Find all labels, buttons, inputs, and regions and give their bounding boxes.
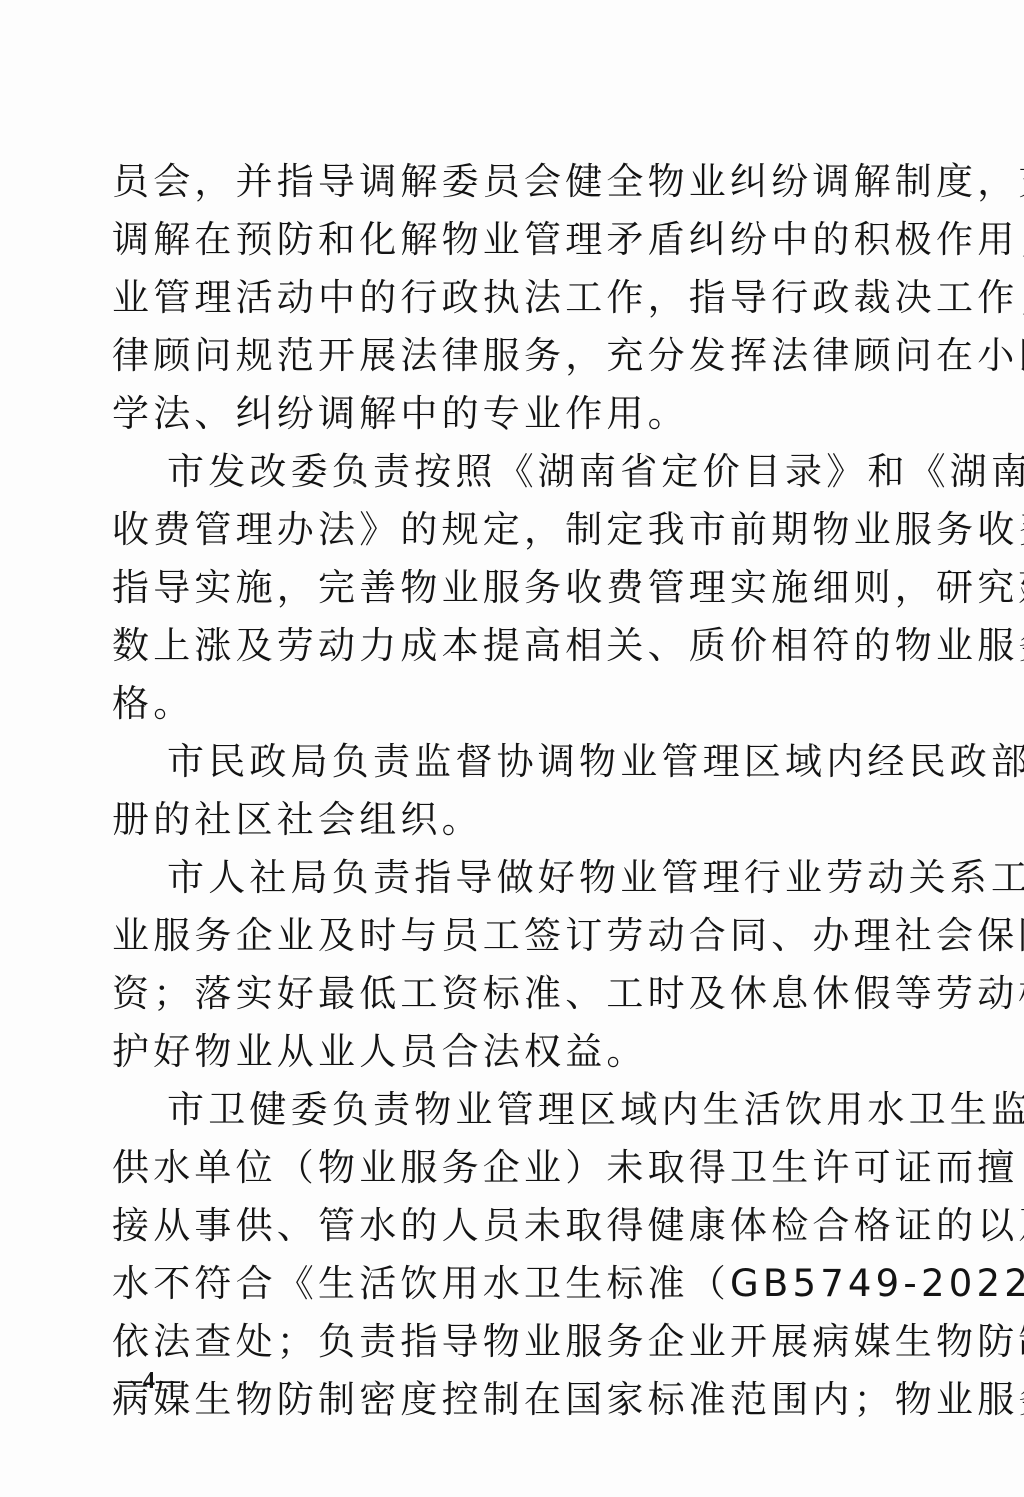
text-line: 指导实施，完善物业服务收费管理实施细则，研究建立与物价指 bbox=[112, 559, 912, 617]
text-line: 护好物业从业人员合法权益。 bbox=[112, 1023, 912, 1081]
paragraph-development-reform: 市发改委负责按照《湖南省定价目录》和《湖南省物业服务 收费管理办法》的规定，制定… bbox=[112, 443, 912, 733]
paragraph-human-resources: 市人社局负责指导做好物业管理行业劳动关系工作，督促物 业服务企业及时与员工签订劳… bbox=[112, 849, 912, 1081]
text-line: 病媒生物防制密度控制在国家标准范围内；物业服务企业在物业 bbox=[112, 1371, 912, 1429]
text-line: 市卫健委负责物业管理区域内生活饮用水卫生监督工作，对 bbox=[112, 1081, 912, 1139]
text-line: 收费管理办法》的规定，制定我市前期物业服务收费指导标准并 bbox=[112, 501, 912, 559]
text-line: 业管理活动中的行政执法工作，指导行政裁决工作；指导社区法 bbox=[112, 269, 912, 327]
text-line: 供水单位（物业服务企业）未取得卫生许可证而擅自供水的，直 bbox=[112, 1139, 912, 1197]
text-line: 市发改委负责按照《湖南省定价目录》和《湖南省物业服务 bbox=[112, 443, 912, 501]
document-body: 员会，并指导调解委员会健全物业纠纷调解制度，充分发挥人民 调解在预防和化解物业管… bbox=[112, 153, 912, 1429]
paragraph-health: 市卫健委负责物业管理区域内生活饮用水卫生监督工作，对 供水单位（物业服务企业）未… bbox=[112, 1081, 912, 1429]
paragraph-civil-affairs: 市民政局负责监督协调物业管理区域内经民政部门登记注 册的社区社会组织。 bbox=[112, 733, 912, 849]
text-line: 律顾问规范开展法律服务，充分发挥法律顾问在小区自治、普法 bbox=[112, 327, 912, 385]
document-page: 员会，并指导调解委员会健全物业纠纷调解制度，充分发挥人民 调解在预防和化解物业管… bbox=[0, 0, 1024, 1497]
paragraph-continuation: 员会，并指导调解委员会健全物业纠纷调解制度，充分发挥人民 调解在预防和化解物业管… bbox=[112, 153, 912, 443]
text-line: 接从事供、管水的人员未取得健康体检合格证的以及供应的饮用 bbox=[112, 1197, 912, 1255]
text-line: 调解在预防和化解物业管理矛盾纠纷中的积极作用；指导监督物 bbox=[112, 211, 912, 269]
text-line: 水不符合《生活饮用水卫生标准（GB5749-2022）》的违法行为 bbox=[112, 1255, 912, 1313]
text-line: 市人社局负责指导做好物业管理行业劳动关系工作，督促物 bbox=[112, 849, 912, 907]
text-line: 数上涨及劳动力成本提高相关、质价相符的物业服务收费指导价 bbox=[112, 617, 912, 675]
text-line: 员会，并指导调解委员会健全物业纠纷调解制度，充分发挥人民 bbox=[112, 153, 912, 211]
text-line: 依法查处；负责指导物业服务企业开展病媒生物防制工作，确保 bbox=[112, 1313, 912, 1371]
text-line: 市民政局负责监督协调物业管理区域内经民政部门登记注 bbox=[112, 733, 912, 791]
text-line: 学法、纠纷调解中的专业作用。 bbox=[112, 385, 912, 443]
text-line: 业服务企业及时与员工签订劳动合同、办理社会保险和支付工 bbox=[112, 907, 912, 965]
text-line: 资；落实好最低工资标准、工时及休息休假等劳动标准，切实维 bbox=[112, 965, 912, 1023]
page-number: —4— bbox=[118, 1368, 181, 1395]
text-line: 册的社区社会组织。 bbox=[112, 791, 912, 849]
text-line: 格。 bbox=[112, 675, 912, 733]
